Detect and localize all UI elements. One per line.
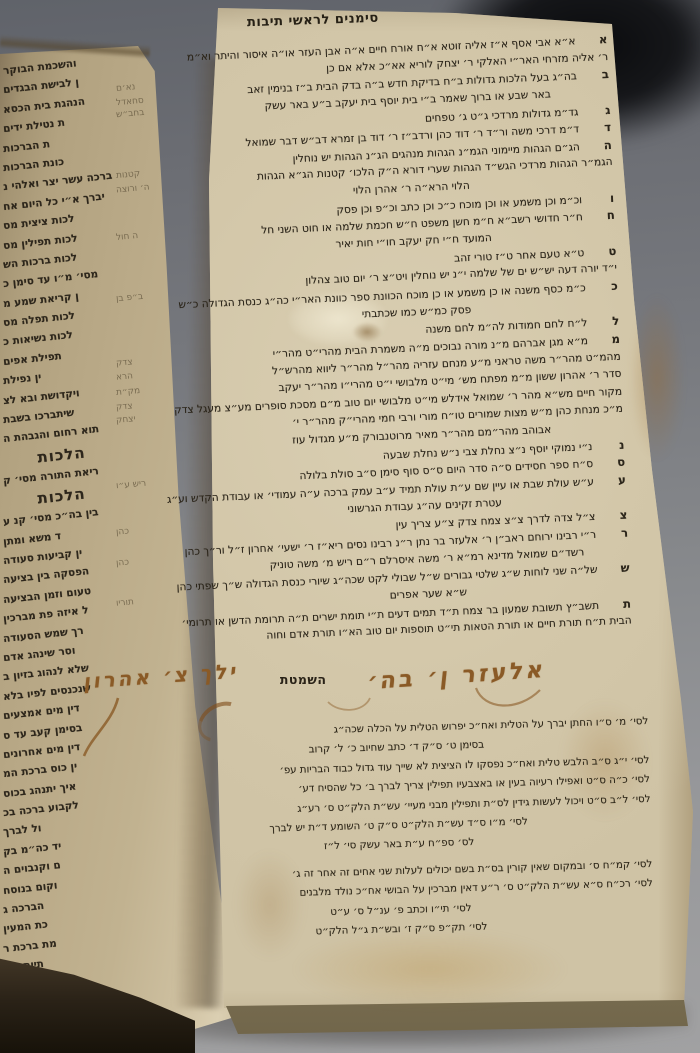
- siman-letter: ד: [589, 119, 612, 138]
- abbrev-text: הלוי הרא״ה ר׳ אהרן הלוי: [353, 180, 470, 197]
- gutter-fragment: צדק: [116, 357, 133, 368]
- owner-inscription: אלעזר ן׳ בה׳ השמטת ילך צ׳ אהרון: [84, 645, 546, 707]
- siman-letter: ב: [586, 66, 609, 85]
- siman-letter: ר: [606, 525, 629, 544]
- gutter-fragment: נא׳ם: [116, 82, 136, 94]
- siman-letter: ו: [592, 190, 615, 209]
- inscription-printed-word: השמטת: [280, 666, 327, 687]
- siman-letter: ע: [603, 472, 626, 491]
- siman-letter: ה: [589, 137, 612, 156]
- book-photograph: { "meta": { "description": "Photograph o…: [0, 0, 700, 1053]
- gutter-fragment: הרא: [116, 371, 134, 382]
- siman-letter: ט: [594, 243, 617, 262]
- gutter-fragment: יצחק: [116, 414, 136, 426]
- abbreviation-list: אא״א אבי אסף א״ז אליה זוטא א״ח אורח חיים…: [203, 31, 632, 647]
- siman-letter: ג: [588, 102, 611, 121]
- abbrev-text: המועד ח״י חק יעקב חו״י חות יאיר: [335, 232, 492, 251]
- gutter-fragment: תוריו: [116, 597, 135, 609]
- siman-letter: ת: [609, 595, 632, 614]
- inscription-right: אלעזר ן׳ בה׳: [366, 657, 548, 696]
- addenda-list: לסי׳ מ׳ ס״ו החתן יברך על הטלית ואח״כ יפר…: [143, 712, 654, 946]
- siman-letter: נ: [602, 436, 625, 455]
- abbrev-text: פסק כמ״ש כמו שכתבתי: [362, 304, 472, 321]
- gutter-fragment: מק״ת: [116, 386, 141, 398]
- siman-letter: מ: [598, 331, 621, 350]
- gutter-fragment: קטנות: [116, 169, 141, 181]
- siman-letter: צ: [605, 507, 628, 526]
- gutter-fragment: כהן: [116, 557, 130, 568]
- siman-letter: ל: [597, 313, 620, 332]
- left-page-text-column: והשכמת הבוקרן לבישת הבגדיםהנהגת בית הכסא…: [3, 56, 120, 1008]
- gutter-fragment: ה חול: [116, 231, 139, 243]
- gutter-fragment: צדק: [116, 401, 133, 412]
- siman-letter: כ: [595, 278, 618, 297]
- siman-letter: ש: [607, 560, 630, 579]
- gutter-fragment: כהן: [116, 526, 130, 537]
- abbrev-text: ש״א שער אפרים: [390, 586, 468, 601]
- inscription-left: ילך צ׳ אהרון: [83, 658, 241, 693]
- siman-letter: ס: [603, 454, 626, 473]
- siman-letter: ח: [592, 207, 615, 226]
- siman-letter: א: [585, 31, 608, 50]
